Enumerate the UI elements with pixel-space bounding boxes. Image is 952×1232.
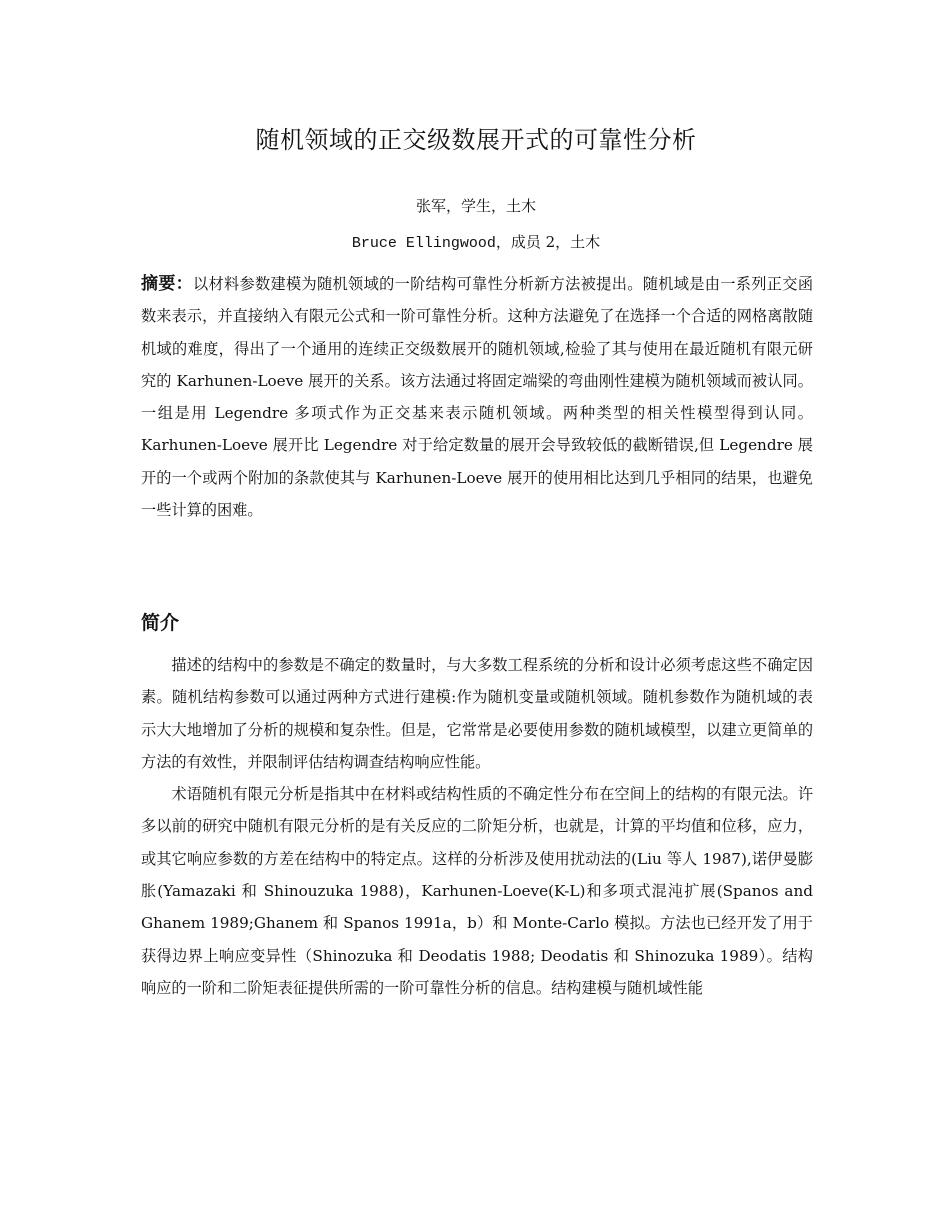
abstract-label: 摘要： xyxy=(141,274,193,294)
abstract: 摘要：以材料参数建模为随机领域的一阶结构可靠性分析新方法被提出。随机域是由一系列… xyxy=(141,268,813,526)
section-heading-introduction: 简介 xyxy=(141,608,179,635)
paragraph: 描述的结构中的参数是不确定的数量时，与大多数工程系统的分析和设计必须考虑这些不确… xyxy=(141,649,813,778)
introduction-body: 描述的结构中的参数是不确定的数量时，与大多数工程系统的分析和设计必须考虑这些不确… xyxy=(141,649,813,1004)
abstract-text: 以材料参数建模为随机领域的一阶结构可靠性分析新方法被提出。随机域是由一系列正交函… xyxy=(141,275,813,519)
paragraph: 术语随机有限元分析是指其中在材料或结构性质的不确定性分布在空间上的结构的有限元法… xyxy=(141,778,813,1004)
paper-title: 随机领域的正交级数展开式的可靠性分析 xyxy=(0,120,952,155)
author-name: Bruce Ellingwood xyxy=(352,235,496,252)
author-affiliation: ，成员 2，土木 xyxy=(496,233,600,251)
author-line-2: Bruce Ellingwood，成员 2，土木 xyxy=(0,231,952,252)
author-line-1: 张军，学生，土木 xyxy=(0,195,952,216)
